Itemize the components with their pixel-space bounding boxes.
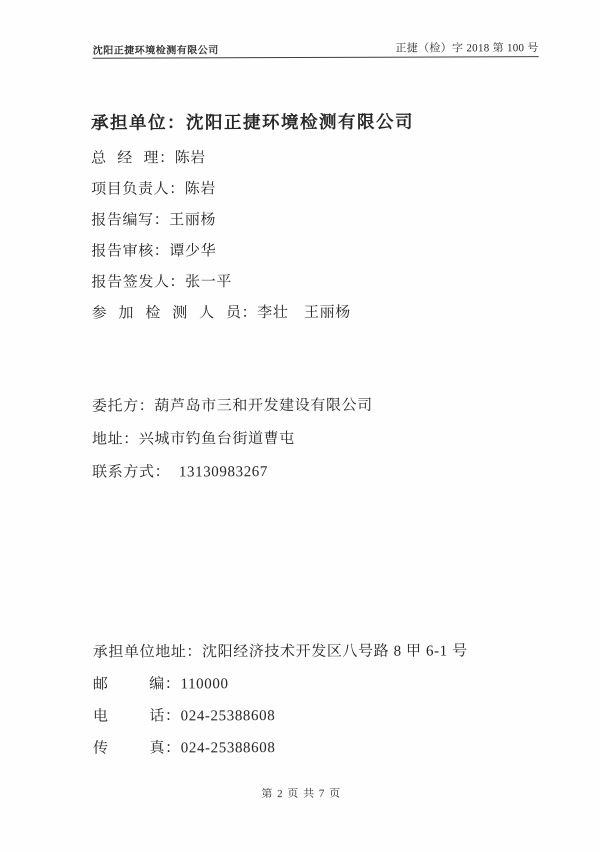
client-row-phone: 联系方式： 13130983267	[92, 462, 373, 483]
client-row-address: 地址：兴城市钓鱼台街道曹屯	[92, 429, 373, 450]
contact-row-zipcode: 邮编：110000	[93, 673, 468, 694]
client-row-name: 委托方：葫芦岛市三和开发建设有限公司	[92, 396, 373, 417]
staff-row-general-manager: 总经理：陈岩	[91, 148, 350, 169]
undertaker-label: 承担单位：	[91, 109, 186, 134]
contact-block: 承担单位地址：沈阳经济技术开发区八号路 8 甲 6-1 号 邮编：110000 …	[93, 641, 468, 770]
contact-row-address: 承担单位地址：沈阳经济技术开发区八号路 8 甲 6-1 号	[93, 641, 468, 662]
undertaker-value: 沈阳正捷环境检测有限公司	[186, 109, 414, 135]
header-company-name: 沈阳正捷环境检测有限公司	[93, 41, 219, 56]
staff-row-report-issuer: 报告签发人：张一平	[91, 272, 350, 293]
contact-row-telephone: 电话：024-25388608	[93, 705, 468, 726]
scanned-content: 沈阳正捷环境检测有限公司 正捷（检）字 2018 第 100 号 承担单位：沈阳…	[0, 0, 600, 852]
page-number: 第 2 页 共 7 页	[1, 784, 600, 802]
page-header: 沈阳正捷环境检测有限公司 正捷（检）字 2018 第 100 号	[93, 39, 539, 59]
header-doc-number: 正捷（检）字 2018 第 100 号	[395, 39, 538, 55]
staff-row-testing-personnel: 参加检测人员：李壮 王丽杨	[92, 303, 351, 324]
document-page: 沈阳正捷环境检测有限公司 正捷（检）字 2018 第 100 号 承担单位：沈阳…	[0, 0, 600, 852]
staff-row-report-writer: 报告编写：王丽杨	[91, 210, 350, 231]
staff-row-project-leader: 项目负责人：陈岩	[91, 179, 350, 200]
undertaker-line: 承担单位：沈阳正捷环境检测有限公司	[91, 109, 414, 135]
staff-block: 总经理：陈岩 项目负责人：陈岩 报告编写：王丽杨 报告审核：谭少华 报告签发人：…	[91, 148, 351, 335]
staff-row-report-reviewer: 报告审核：谭少华	[91, 241, 350, 262]
contact-row-fax: 传真：024-25388608	[93, 737, 468, 758]
client-block: 委托方：葫芦岛市三和开发建设有限公司 地址：兴城市钓鱼台街道曹屯 联系方式： 1…	[92, 396, 373, 496]
